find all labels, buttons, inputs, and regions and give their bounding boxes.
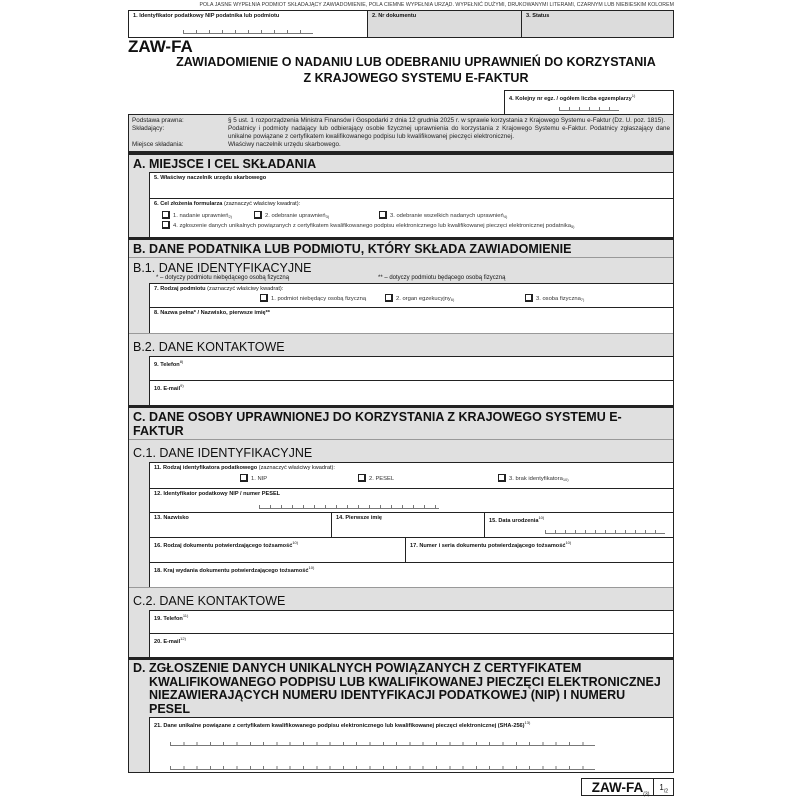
field-19-label: 19. Telefon <box>154 616 183 622</box>
footnote: 7) <box>581 297 585 302</box>
page-total: /2 <box>664 789 668 795</box>
footer-version: (3) <box>643 792 649 798</box>
checkbox[interactable] <box>240 474 248 482</box>
footnote: 6) <box>451 297 455 302</box>
footnote: 9) <box>180 383 184 388</box>
footnote: 2) <box>228 214 232 219</box>
field-9-phone[interactable]: 9. Telefon8) <box>150 357 673 380</box>
field-10-label: 10. E-mail <box>154 386 180 392</box>
field-3-label: 3. Status <box>522 11 673 21</box>
field-17-label: 17. Numer i seria dokumentu potwierdzają… <box>410 543 565 549</box>
nip-comb-input[interactable] <box>183 30 313 34</box>
field-17-id-doc-number[interactable]: 17. Numer i seria dokumentu potwierdzają… <box>405 538 673 562</box>
birth-date-comb[interactable] <box>545 530 665 534</box>
option-entity-3[interactable]: 3. osoba fizyczna7) <box>525 294 584 302</box>
section-a-title: A. MIEJSCE I CEL SKŁADANIA <box>129 152 673 172</box>
footnote: 10) <box>565 540 571 545</box>
field-15-birth-date[interactable]: 15. Data urodzenia10) <box>484 513 673 537</box>
footnote: 10) <box>292 540 298 545</box>
section-b2-title: B.2. DANE KONTAKTOWE <box>129 333 673 356</box>
section-d-title-line-2: KWALIFIKOWANEGO PODPISU LUB KWALIFIKOWAN… <box>133 676 669 690</box>
form-page: POLA JASNE WYPEŁNIA PODMIOT SKŁADAJĄCY Z… <box>128 0 674 773</box>
field-7-hint: (zaznaczyć właściwy kwadrat): <box>207 286 283 292</box>
field-21-label: 21. Dane unikalne powiązane z certyfikat… <box>154 723 525 729</box>
option-entity-1[interactable]: 1. podmiot niebędący osobą fizyczną <box>260 294 385 302</box>
legal-value: § 5 ust. 1 rozporządzenia Ministra Finan… <box>228 117 670 125</box>
footnote: 1) <box>632 93 636 98</box>
option-purpose-4[interactable]: 4. zgłoszenie danych unikalnych powiązan… <box>162 221 575 229</box>
legal-key: Miejsce składania: <box>132 141 228 149</box>
field-11-id-type: 11. Rodzaj identyfikatora podatkowego (z… <box>150 463 673 488</box>
section-d-title-line-1: D. ZGŁOSZENIE DANYCH UNIKALNYCH POWIĄZAN… <box>133 662 669 676</box>
field-8-name[interactable]: 8. Nazwa pełna* / Nazwisko, pierwsze imi… <box>150 308 673 333</box>
section-c: C. DANE OSOBY UPRAWNIONEJ DO KORZYSTANIA… <box>128 405 674 657</box>
legal-key: Składający: <box>132 125 228 141</box>
footnote: 12) <box>180 636 186 641</box>
field-3-status: 3. Status <box>522 11 673 37</box>
checkbox[interactable] <box>162 221 170 229</box>
checkbox[interactable] <box>162 211 170 219</box>
field-14-first-name[interactable]: 14. Pierwsze imię <box>331 513 484 537</box>
field-6-hint: (zaznaczyć właściwy kwadrat): <box>224 201 300 207</box>
note-single-star: * – dotyczy podmiotu niebędącego osobą f… <box>156 275 378 281</box>
section-a: A. MIEJSCE I CEL SKŁADANIA 5. Właściwy n… <box>128 152 674 237</box>
field-2-label: 2. Nr dokumentu <box>368 11 521 21</box>
option-label: 1. NIP <box>251 476 267 482</box>
option-purpose-2[interactable]: 2. odebranie uprawnień3) <box>254 211 379 219</box>
checkbox[interactable] <box>498 474 506 482</box>
option-label: 1. podmiot niebędący osobą fizyczną <box>271 296 366 302</box>
legal-value: Podatnicy i podmioty nadający lub odbier… <box>228 125 670 141</box>
field-5-tax-office[interactable]: 5. Właściwy naczelnik urzędu skarbowego <box>150 173 673 198</box>
checkbox[interactable] <box>254 211 262 219</box>
title-line-1: ZAWIADOMIENIE O NADANIU LUB ODEBRANIU UP… <box>158 55 674 71</box>
field-21-sha256[interactable]: 21. Dane unikalne powiązane z certyfikat… <box>150 718 673 772</box>
field-7-label: 7. Rodzaj podmiotu <box>154 286 206 292</box>
footnote: 4) <box>504 214 508 219</box>
option-purpose-1[interactable]: 1. nadanie uprawnień2) <box>162 211 254 219</box>
field-1-label: 1. Identyfikator podatkowy NIP podatnika… <box>129 11 367 21</box>
field-14-label: 14. Pierwsze imię <box>332 513 484 523</box>
field-11-hint: (zaznaczyć właściwy kwadrat): <box>259 465 335 471</box>
checkbox[interactable] <box>379 211 387 219</box>
option-label: 4. zgłoszenie danych unikalnych powiązan… <box>173 223 571 229</box>
field-4-copy-number[interactable]: 4. Kolejny nr egz. / ogółem liczba egzem… <box>504 90 674 114</box>
checkbox[interactable] <box>358 474 366 482</box>
section-b1-title: B.1. DANE IDENTYFIKACYJNE <box>129 257 673 275</box>
title-line-2: Z KRAJOWEGO SYSTEMU E-FAKTUR <box>158 71 674 87</box>
footnote: 13) <box>525 720 531 725</box>
section-b: B. DANE PODATNIKA LUB PODMIOTU, KTÓRY SK… <box>128 237 674 405</box>
option-entity-2[interactable]: 2. organ egzekucyjny6) <box>385 294 525 302</box>
field-1-nip[interactable]: 1. Identyfikator podatkowy NIP podatnika… <box>129 11 368 37</box>
instruction-note: POLA JASNE WYPEŁNIA PODMIOT SKŁADAJĄCY Z… <box>128 0 674 10</box>
footnote: 8) <box>180 359 184 364</box>
section-b-title: B. DANE PODATNIKA LUB PODMIOTU, KTÓRY SK… <box>129 237 673 257</box>
option-id-pesel[interactable]: 2. PESEL <box>358 474 498 482</box>
footer-code: ZAW-FA <box>592 780 643 795</box>
field-18-issuing-country[interactable]: 18. Kraj wydania dokumentu potwierdzając… <box>150 563 673 587</box>
field-20-label: 20. E-mail <box>154 639 180 645</box>
section-c1-title: C.1. DANE IDENTYFIKACYJNE <box>129 439 673 462</box>
field-19-phone[interactable]: 19. Telefon11) <box>150 611 673 633</box>
field-16-id-doc-type[interactable]: 16. Rodzaj dokumentu potwierdzającego to… <box>150 538 405 562</box>
option-label: 3. osoba fizyczna <box>536 296 581 302</box>
field-12-label: 12. Identyfikator podatkowy NIP / numer … <box>150 489 673 499</box>
footnote: 5) <box>571 224 575 229</box>
option-label: 1. nadanie uprawnień <box>173 213 228 219</box>
sha-comb-line-1[interactable] <box>170 742 595 746</box>
footnote: 3) <box>326 214 330 219</box>
checkbox[interactable] <box>525 294 533 302</box>
field-7-entity-type: 7. Rodzaj podmiotu (zaznaczyć właściwy k… <box>150 284 673 307</box>
option-label: 3. brak identyfikatora <box>509 476 563 482</box>
option-purpose-3[interactable]: 3. odebranie wszelkich nadanych uprawnie… <box>379 211 507 219</box>
field-15-label: 15. Data urodzenia <box>489 518 538 524</box>
section-d: D. ZGŁOSZENIE DANYCH UNIKALNYCH POWIĄZAN… <box>128 657 674 773</box>
field-20-email[interactable]: 20. E-mail12) <box>150 634 673 657</box>
field-10-email[interactable]: 10. E-mail9) <box>150 381 673 405</box>
checkbox[interactable] <box>385 294 393 302</box>
field-12-nip-pesel[interactable]: 12. Identyfikator podatkowy NIP / numer … <box>150 489 673 512</box>
field-11-label: 11. Rodzaj identyfikatora podatkowego <box>154 465 257 471</box>
field-8-label: 8. Nazwa pełna* / Nazwisko, pierwsze imi… <box>150 308 673 318</box>
footnote: 11) <box>183 613 188 618</box>
option-label: 2. PESEL <box>369 476 394 482</box>
field-9-label: 9. Telefon <box>154 362 180 368</box>
option-label: 2. odebranie uprawnień <box>265 213 326 219</box>
note-double-star: ** – dotyczy podmiotu będącego osobą fiz… <box>378 275 505 281</box>
header-fields: 1. Identyfikator podatkowy NIP podatnika… <box>128 10 674 38</box>
form-code: ZAW-FA <box>128 39 674 55</box>
field-13-surname[interactable]: 13. Nazwisko <box>150 513 331 537</box>
option-id-none[interactable]: 3. brak identyfikatora10) <box>498 474 569 482</box>
footer-form-code: ZAW-FA(3) 1/2 <box>581 778 674 796</box>
option-id-nip[interactable]: 1. NIP <box>240 474 358 482</box>
field-6-label: 6. Cel złożenia formularza <box>154 201 222 207</box>
footnote: 10) <box>309 565 315 570</box>
legal-value: Właściwy naczelnik urzędu skarbowego. <box>228 141 670 149</box>
copy-count-comb[interactable] <box>559 107 619 111</box>
footnote: 10) <box>538 515 544 520</box>
field-4-label: 4. Kolejny nr egz. / ogółem liczba egzem… <box>509 96 632 102</box>
legal-key: Podstawa prawna: <box>132 117 228 125</box>
field-16-label: 16. Rodzaj dokumentu potwierdzającego to… <box>154 543 292 549</box>
legal-info: Podstawa prawna:§ 5 ust. 1 rozporządzeni… <box>128 114 674 152</box>
field-18-label: 18. Kraj wydania dokumentu potwierdzając… <box>154 568 309 574</box>
form-title: ZAWIADOMIENIE O NADANIU LUB ODEBRANIU UP… <box>158 55 674 86</box>
nip-pesel-comb[interactable] <box>259 505 439 509</box>
field-5-label: 5. Właściwy naczelnik urzędu skarbowego <box>150 173 673 183</box>
field-13-label: 13. Nazwisko <box>150 513 331 523</box>
field-2-doc-number: 2. Nr dokumentu <box>368 11 522 37</box>
section-d-title-line-3: NIEZAWIERAJĄCYCH NUMERU IDENTYFIKACJI PO… <box>133 689 669 716</box>
checkbox[interactable] <box>260 294 268 302</box>
sha-comb-line-2[interactable] <box>170 766 595 770</box>
section-c-title: C. DANE OSOBY UPRAWNIONEJ DO KORZYSTANIA… <box>129 405 673 439</box>
footnote: 10) <box>563 477 569 482</box>
section-d-title: D. ZGŁOSZENIE DANYCH UNIKALNYCH POWIĄZAN… <box>129 657 673 717</box>
option-label: 2. organ egzekucyjny <box>396 296 451 302</box>
field-6-purpose: 6. Cel złożenia formularza (zaznaczyć wł… <box>150 199 673 237</box>
option-label: 3. odebranie wszelkich nadanych uprawnie… <box>390 213 504 219</box>
section-c2-title: C.2. DANE KONTAKTOWE <box>129 587 673 610</box>
